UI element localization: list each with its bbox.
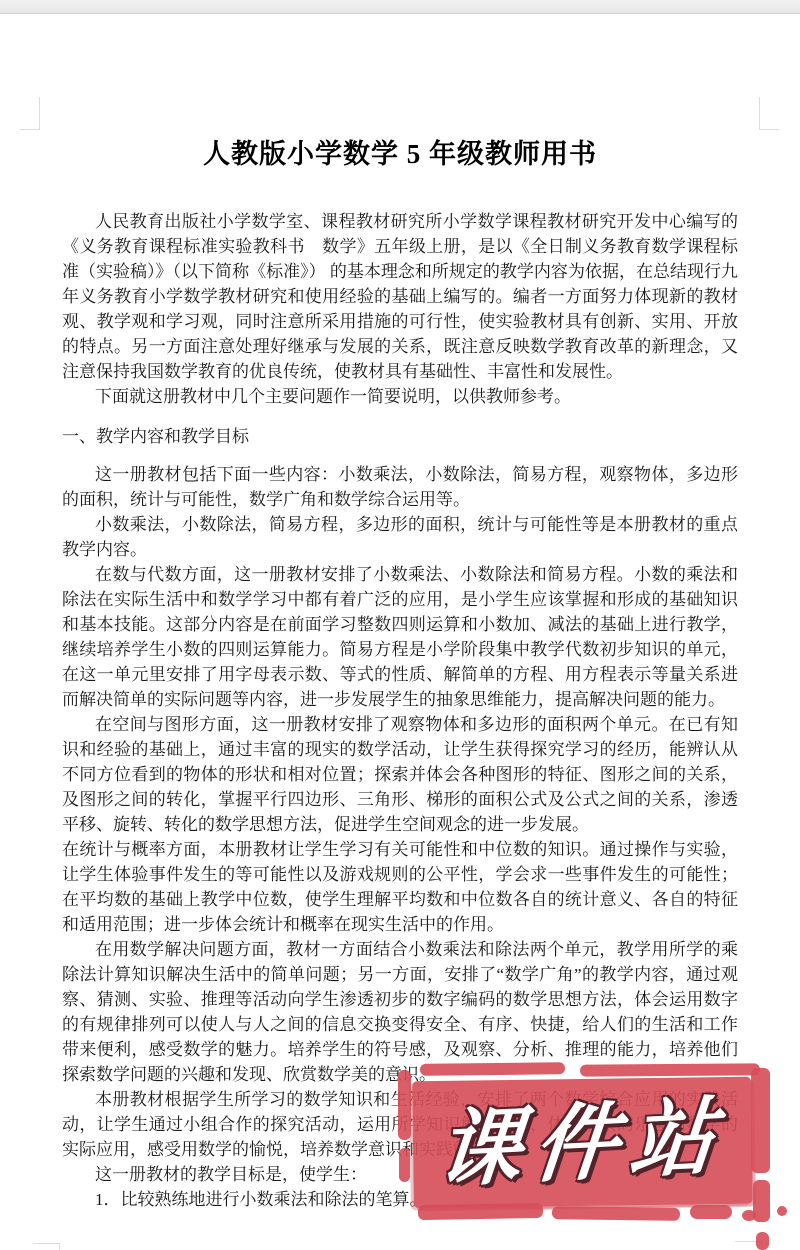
document-page: { "document": { "title": "人教版小学数学 5 年级教师…: [0, 0, 800, 1250]
page-top-border: [0, 0, 800, 14]
stamp-frame: [777, 1206, 787, 1216]
stamp-text: 课件站: [434, 1093, 731, 1191]
margin-corner-mark: [33, 1243, 60, 1244]
margin-corner-mark: [39, 97, 40, 130]
paragraph: 小数乘法，小数除法，简易方程，多边形的面积，统计与可能性等是本册教材的重点教学内…: [62, 512, 738, 562]
paragraph: 这一册教材包括下面一些内容：小数乘法，小数除法，简易方程，观察物体，多边形的面积…: [62, 462, 738, 512]
stamp-frame: [552, 1206, 680, 1221]
paragraph: 下面就这册教材中几个主要问题作一简要说明，以供教师参考。: [62, 384, 738, 409]
stamp-frame: [742, 1210, 756, 1221]
margin-corner-mark: [20, 129, 40, 130]
margin-corner-mark: [759, 97, 760, 130]
stamp-frame: [399, 1148, 410, 1182]
stamp-frame: [756, 1232, 769, 1250]
stamp-frame: [690, 1205, 732, 1219]
stamp-frame: [420, 1062, 565, 1076]
stamp-frame: [751, 1068, 770, 1173]
margin-corner-mark: [59, 1243, 60, 1250]
stamp-frame: [580, 1063, 760, 1076]
paragraph: 在统计与概率方面，本册教材让学生学习有关可能性和中位数的知识。通过操作与实验，让…: [62, 837, 738, 937]
section-heading: 一、教学内容和教学目标: [62, 424, 738, 449]
paragraph: 在空间与图形方面，这一册教材安排了观察物体和多边形的面积两个单元。在已有知识和经…: [62, 712, 738, 837]
stamp-block: 课件站: [412, 1077, 753, 1209]
document-title: 人教版小学数学 5 年级教师用书: [62, 138, 738, 170]
paragraph: 人民教育出版社小学数学室、课程教材研究所小学数学课程教材研究开发中心编写的《义务…: [62, 209, 738, 384]
margin-corner-mark: [759, 129, 779, 130]
stamp-frame: [398, 1070, 411, 1140]
paragraph: 在数与代数方面，这一册教材安排了小数乘法、小数除法和简易方程。小数的乘法和除法在…: [62, 562, 738, 712]
document-body: 人教版小学数学 5 年级教师用书 人民教育出版社小学数学室、课程教材研究所小学数…: [62, 138, 738, 1212]
